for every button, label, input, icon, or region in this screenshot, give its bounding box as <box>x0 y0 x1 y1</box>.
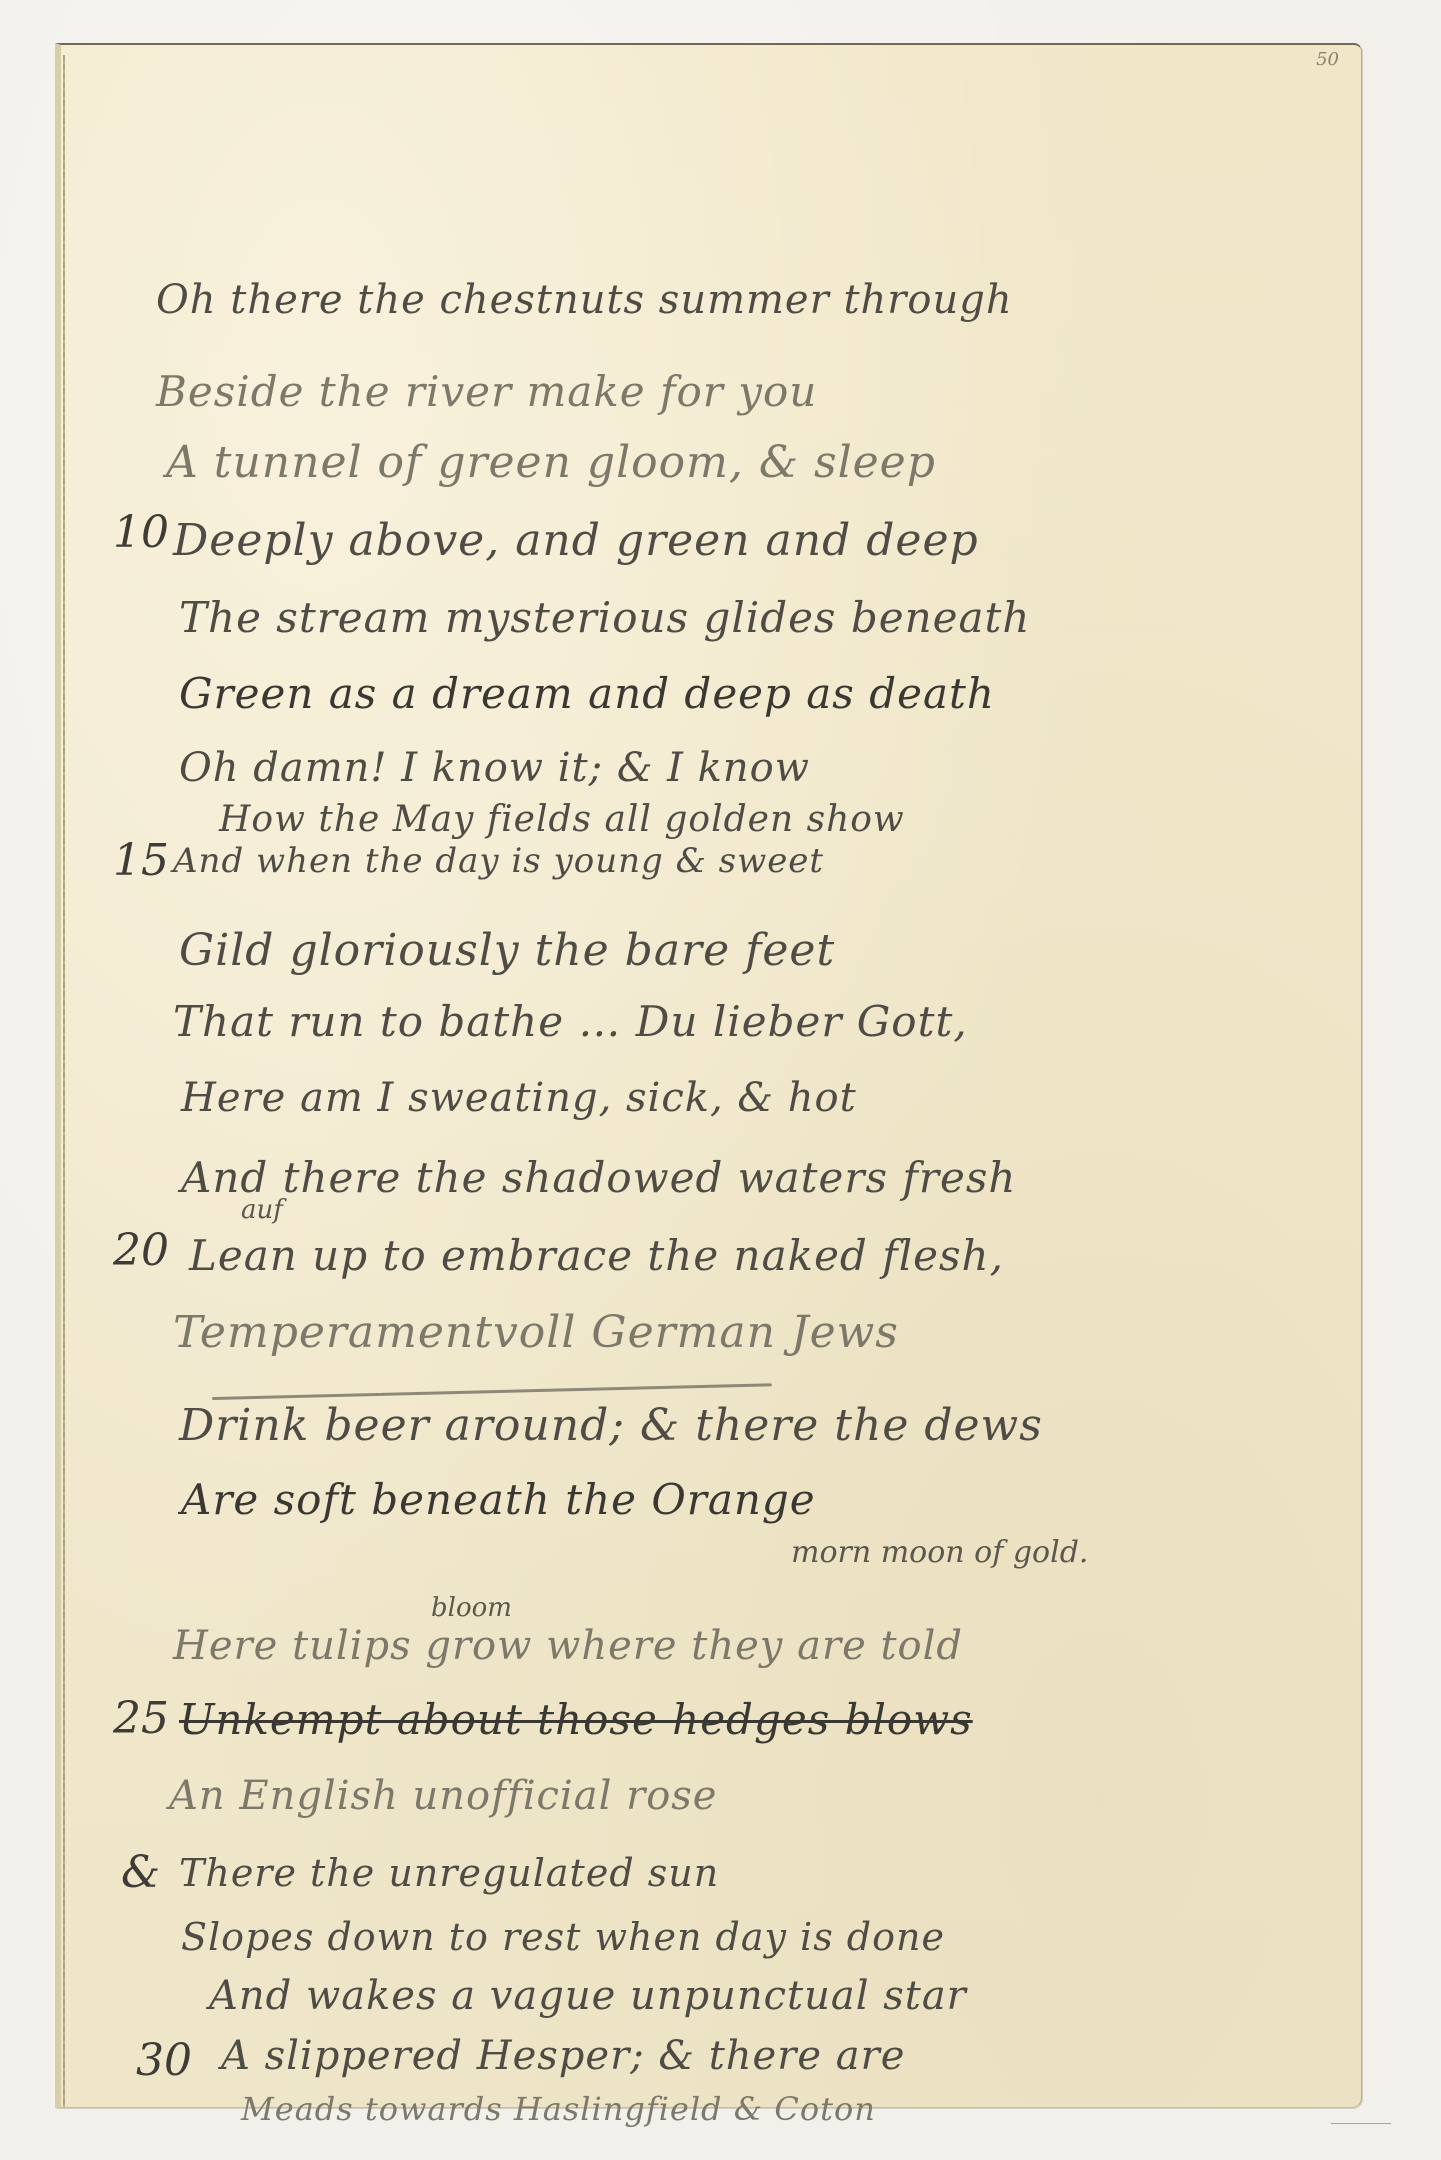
line-number: & <box>121 1847 160 1898</box>
line-text: Temperamentvoll German Jews <box>173 1307 899 1358</box>
line-text: Meads towards Haslingfield & Coton <box>241 2090 876 2128</box>
manuscript-line: An English unofficial rose <box>169 1773 717 1819</box>
line-text: And when the day is young & sweet <box>173 841 824 881</box>
manuscript-line: Temperamentvoll German Jews <box>173 1307 899 1358</box>
line-number: 25 <box>113 1693 169 1744</box>
line-text: Are soft beneath the Orange <box>181 1475 816 1524</box>
line-text: The stream mysterious glides beneath <box>179 593 1030 642</box>
bleed-through-text <box>131 95 571 146</box>
manuscript-line: Are soft beneath the Orange <box>181 1475 816 1524</box>
line-text: How the May fields all golden show <box>219 799 905 840</box>
interlinear-insertion: auf <box>241 1195 283 1225</box>
manuscript-line: Oh there the chestnuts summer through <box>156 277 1013 323</box>
manuscript-line: Green as a dream and deep as death <box>179 669 995 718</box>
marginal-insertion: morn moon of gold. <box>791 1535 1088 1570</box>
manuscript-line: And when the day is young & sweet <box>173 841 824 881</box>
line-text: Gild gloriously the bare feet <box>179 925 835 976</box>
line-text: And there the shadowed waters fresh <box>181 1153 1016 1202</box>
line-text: Drink beer around; & there the dews <box>179 1400 1043 1451</box>
line-text: Here am I sweating, sick, & hot <box>181 1075 857 1121</box>
manuscript-line: There the unregulated sun <box>179 1851 719 1895</box>
line-number: 10 <box>113 507 169 558</box>
line-number: 15 <box>113 835 169 886</box>
horizontal-rule <box>212 1383 772 1400</box>
manuscript-line: Here am I sweating, sick, & hot <box>181 1075 857 1121</box>
line-text: A slippered Hesper; & there are <box>221 2033 905 2079</box>
line-text: Oh damn! I know it; & I know <box>179 745 810 791</box>
line-text: An English unofficial rose <box>169 1773 717 1819</box>
line-text: That run to bathe … Du lieber Gott, <box>173 997 968 1046</box>
manuscript-line: Oh damn! I know it; & I know <box>179 745 810 791</box>
manuscript-line: Gild gloriously the bare feet <box>179 925 835 976</box>
manuscript-line-struck: Unkempt about those hedges blows <box>179 1695 973 1744</box>
line-number: 20 <box>113 1225 169 1276</box>
line-text: Oh there the chestnuts summer through <box>156 277 1013 323</box>
manuscript-line: The stream mysterious glides beneath <box>179 593 1030 642</box>
line-text: Lean up to embrace the naked flesh, <box>189 1231 1004 1280</box>
manuscript-line: That run to bathe … Du lieber Gott, <box>173 997 968 1046</box>
line-text: Unkempt about those hedges blows <box>179 1695 973 1744</box>
manuscript-line: Lean up to embrace the naked flesh, <box>189 1231 1004 1280</box>
manuscript-line: Deeply above, and green and deep <box>173 515 979 566</box>
line-text: And wakes a vague unpunctual star <box>209 1973 967 2019</box>
line-text: There the unregulated sun <box>179 1851 719 1895</box>
margin-mark <box>1331 2123 1391 2124</box>
line-text: Here tulips grow where they are told <box>173 1623 963 1669</box>
manuscript-line: Drink beer around; & there the dews <box>179 1400 1043 1451</box>
manuscript-line: And wakes a vague unpunctual star <box>209 1973 967 2019</box>
manuscript-line: How the May fields all golden show <box>219 799 905 840</box>
line-text: Deeply above, and green and deep <box>173 515 979 566</box>
line-text: Green as a dream and deep as death <box>179 669 995 718</box>
interlinear-insertion: bloom <box>431 1593 512 1623</box>
line-text: A tunnel of green gloom, & sleep <box>166 437 936 488</box>
manuscript-line: A slippered Hesper; & there are <box>221 2033 905 2079</box>
manuscript-line: A tunnel of green gloom, & sleep <box>166 437 936 488</box>
line-text: Slopes down to rest when day is done <box>181 1915 945 1959</box>
manuscript-line: And there the shadowed waters fresh <box>181 1153 1016 1202</box>
manuscript-line: Meads towards Haslingfield & Coton <box>241 2090 876 2128</box>
manuscript-line: Here tulips grow where they are told <box>173 1623 963 1669</box>
manuscript-page: 50 Oh there the chestnuts summer through… <box>55 43 1362 2108</box>
manuscript-line: Beside the river make for you <box>156 367 817 416</box>
line-text: Beside the river make for you <box>156 367 817 416</box>
line-number: 30 <box>136 2035 192 2086</box>
manuscript-line: Slopes down to rest when day is done <box>181 1915 945 1959</box>
page-number: 50 <box>1316 49 1339 70</box>
